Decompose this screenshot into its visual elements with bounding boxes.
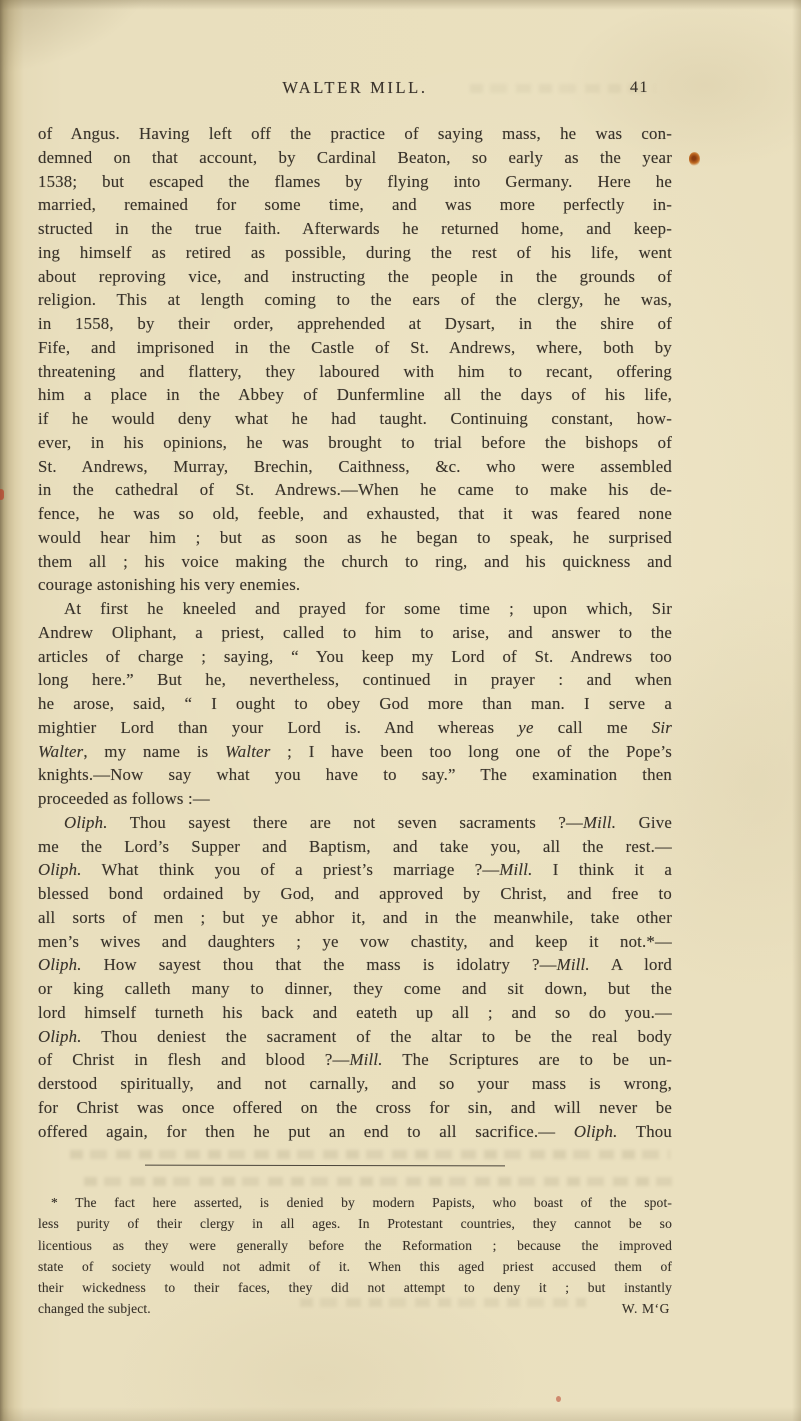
text-line: state of society would not admit of it. … (38, 1256, 672, 1277)
text-line: Oliph. Thou deniest the sacrament of the… (38, 1025, 672, 1049)
body-text: of Angus. Having left off the practice o… (38, 124, 672, 143)
body-text: demned on that account, by Cardinal Beat… (38, 148, 672, 167)
body-text: , my name is (83, 742, 225, 761)
body-text: The Scriptures are to be un- (383, 1050, 672, 1069)
text-line: articles of charge ; saying, “ You keep … (38, 645, 672, 669)
body-text: for Christ was once offered on the cross… (38, 1098, 672, 1117)
body-text: Thou sayest there are not seven sacramen… (108, 813, 583, 832)
body-text: long here.” But he, nevertheless, contin… (38, 670, 672, 689)
body-text: Andrew Oliphant, a priest, called to him… (38, 623, 672, 642)
page-edge-bottom (0, 1407, 801, 1421)
italic-text: Oliph. (574, 1122, 618, 1141)
italic-text: Mill. (583, 813, 616, 832)
body-text: St. Andrews, Murray, Brechin, Caithness,… (38, 457, 672, 476)
text-line: men’s wives and daughters ; ye vow chast… (38, 930, 672, 954)
body-text: he arose, said, “ I ought to obey God mo… (38, 694, 672, 713)
body-text: Fife, and imprisoned in the Castle of St… (38, 338, 672, 357)
show-through-ghost (70, 1150, 670, 1159)
body-text: fence, he was so old, feeble, and exhaus… (38, 504, 672, 523)
body-text: of Christ in flesh and blood ?— (38, 1050, 350, 1069)
body-text: offered again, for then he put an end to… (38, 1122, 574, 1141)
italic-text: Oliph. (38, 860, 82, 879)
running-title: WALTER MILL. (38, 75, 672, 101)
body-text: threatening and flattery, they laboured … (38, 362, 672, 381)
body-text: 1538; but escaped the flames by flying i… (38, 172, 672, 191)
text-line: in 1558, by their order, apprehended at … (38, 312, 672, 336)
text-line: derstood spiritually, and not carnally, … (38, 1072, 672, 1096)
text-line: Oliph. What think you of a priest’s marr… (38, 858, 672, 882)
body-text: ever, in his opinions, he was brought to… (38, 433, 672, 452)
text-line: structed in the true faith. Afterwards h… (38, 217, 672, 241)
text-line: Fife, and imprisoned in the Castle of St… (38, 336, 672, 360)
footnote-block: * The fact here asserted, is denied by m… (38, 1192, 672, 1320)
body-text: all sorts of men ; but ye abhor it, and … (38, 908, 672, 927)
body-text: structed in the true faith. Afterwards h… (38, 219, 672, 238)
text-line: religion. This at length coming to the e… (38, 288, 672, 312)
body-text: courage astonishing his very enemies. (38, 575, 300, 594)
text-line: blessed bond ordained by God, and approv… (38, 882, 672, 906)
page-edge-right (792, 0, 801, 1421)
main-text-block: of Angus. Having left off the practice o… (38, 122, 672, 1143)
body-text: lord himself turneth his back and eateth… (38, 1003, 672, 1022)
text-line: him a place in the Abbey of Dunfermline … (38, 383, 672, 407)
text-line: St. Andrews, Murray, Brechin, Caithness,… (38, 455, 672, 479)
italic-text: ye (518, 718, 533, 737)
text-line: knights.—Now say what you have to say.” … (38, 763, 672, 787)
text-line: 1538; but escaped the flames by flying i… (38, 170, 672, 194)
italic-text: Walter (225, 742, 270, 761)
text-line: for Christ was once offered on the cross… (38, 1096, 672, 1120)
text-line: would hear him ; but as soon as he began… (38, 526, 672, 550)
body-text: derstood spiritually, and not carnally, … (38, 1074, 672, 1093)
page-header: WALTER MILL. 41 (38, 75, 672, 101)
body-text: religion. This at length coming to the e… (38, 290, 672, 309)
stain-mark (689, 152, 700, 166)
body-text: Thou (617, 1122, 672, 1141)
text-line: or king calleth many to dinner, they com… (38, 977, 672, 1001)
text-line: offered again, for then he put an end to… (38, 1120, 672, 1144)
body-text: or king calleth many to dinner, they com… (38, 979, 672, 998)
text-line: ing himself as retired as possible, duri… (38, 241, 672, 265)
page-edge-top (0, 0, 801, 10)
body-text: A lord (590, 955, 672, 974)
footnote-divider-rule (145, 1165, 505, 1167)
text-line: married, remained for some time, and was… (38, 193, 672, 217)
body-text: * The fact here asserted, is denied by m… (51, 1195, 672, 1210)
text-line: licentious as they were generally before… (38, 1235, 672, 1256)
body-text: in 1558, by their order, apprehended at … (38, 314, 672, 333)
italic-text: Walter (38, 742, 83, 761)
body-text: mightier Lord than your Lord is. And whe… (38, 718, 518, 737)
text-line: fence, he was so old, feeble, and exhaus… (38, 502, 672, 526)
body-text: them all ; his voice making the church t… (38, 552, 672, 571)
text-line: long here.” But he, nevertheless, contin… (38, 668, 672, 692)
text-line: threatening and flattery, they laboured … (38, 360, 672, 384)
text-line: demned on that account, by Cardinal Beat… (38, 146, 672, 170)
text-line: all sorts of men ; but ye abhor it, and … (38, 906, 672, 930)
text-line: Oliph. How sayest thou that the mass is … (38, 953, 672, 977)
text-line: changed the subject.W. M‘G (38, 1298, 672, 1319)
text-line: proceeded as follows :— (38, 787, 672, 811)
body-text: him a place in the Abbey of Dunfermline … (38, 385, 672, 404)
body-text: proceeded as follows :— (38, 789, 210, 808)
body-text: ing himself as retired as possible, duri… (38, 243, 672, 262)
text-line: less purity of their clergy in all ages.… (38, 1213, 672, 1234)
italic-text: Sir (652, 718, 672, 737)
text-line: of Christ in flesh and blood ?—Mill. The… (38, 1048, 672, 1072)
text-line: At first he kneeled and prayed for some … (38, 597, 672, 621)
text-line: in the cathedral of St. Andrews.—When he… (38, 478, 672, 502)
text-line: ever, in his opinions, he was brought to… (38, 431, 672, 455)
body-text: less purity of their clergy in all ages.… (38, 1216, 672, 1231)
body-text: ; I have been too long one of the Pope’s (270, 742, 672, 761)
italic-text: Mill. (557, 955, 590, 974)
text-line: lord himself turneth his back and eateth… (38, 1001, 672, 1025)
text-line: Oliph. Thou sayest there are not seven s… (38, 811, 672, 835)
body-text: How sayest thou that the mass is idolatr… (82, 955, 557, 974)
body-text: if he would deny what he had taught. Con… (38, 409, 672, 428)
text-line: about reproving vice, and instructing th… (38, 265, 672, 289)
italic-text: Mill. (350, 1050, 383, 1069)
text-line: * The fact here asserted, is denied by m… (38, 1192, 672, 1213)
body-text: Thou deniest the sacrament of the altar … (82, 1027, 672, 1046)
body-text: knights.—Now say what you have to say.” … (38, 765, 672, 784)
text-line: Andrew Oliphant, a priest, called to him… (38, 621, 672, 645)
italic-text: Oliph. (38, 955, 82, 974)
body-text: I think it a (533, 860, 672, 879)
page-number: 41 (630, 75, 649, 101)
text-line: them all ; his voice making the church t… (38, 550, 672, 574)
text-line: if he would deny what he had taught. Con… (38, 407, 672, 431)
text-line: mightier Lord than your Lord is. And whe… (38, 716, 672, 740)
body-text: would hear him ; but as soon as he began… (38, 528, 672, 547)
stain-mark (556, 1396, 561, 1402)
body-text: articles of charge ; saying, “ You keep … (38, 647, 672, 666)
body-text: about reproving vice, and instructing th… (38, 267, 672, 286)
body-text: me the Lord’s Supper and Baptism, and ta… (38, 837, 672, 856)
body-text: state of society would not admit of it. … (38, 1259, 672, 1274)
footnote-signature: W. M‘G (622, 1298, 672, 1319)
body-text: call me (534, 718, 652, 737)
text-line: of Angus. Having left off the practice o… (38, 122, 672, 146)
body-text: married, remained for some time, and was… (38, 195, 672, 214)
body-text: licentious as they were generally before… (38, 1238, 672, 1253)
italic-text: Mill. (499, 860, 532, 879)
text-line: me the Lord’s Supper and Baptism, and ta… (38, 835, 672, 859)
text-line: courage astonishing his very enemies. (38, 573, 672, 597)
text-line: their wickedness to their faces, they di… (38, 1277, 672, 1298)
body-text: men’s wives and daughters ; ye vow chast… (38, 932, 672, 951)
book-page: WALTER MILL. 41 of Angus. Having left of… (0, 0, 801, 1421)
text-line: he arose, said, “ I ought to obey God mo… (38, 692, 672, 716)
text-line: Walter, my name is Walter ; I have been … (38, 740, 672, 764)
stain-mark (0, 489, 4, 500)
body-text: At first he kneeled and prayed for some … (64, 599, 672, 618)
body-text: blessed bond ordained by God, and approv… (38, 884, 672, 903)
body-text: in the cathedral of St. Andrews.—When he… (38, 480, 672, 499)
body-text: changed the subject. (38, 1301, 151, 1316)
body-text: their wickedness to their faces, they di… (38, 1280, 672, 1295)
show-through-ghost (84, 1177, 672, 1186)
italic-text: Oliph. (38, 1027, 82, 1046)
italic-text: Oliph. (64, 813, 108, 832)
body-text: What think you of a priest’s marriage ?— (82, 860, 500, 879)
body-text: Give (616, 813, 672, 832)
